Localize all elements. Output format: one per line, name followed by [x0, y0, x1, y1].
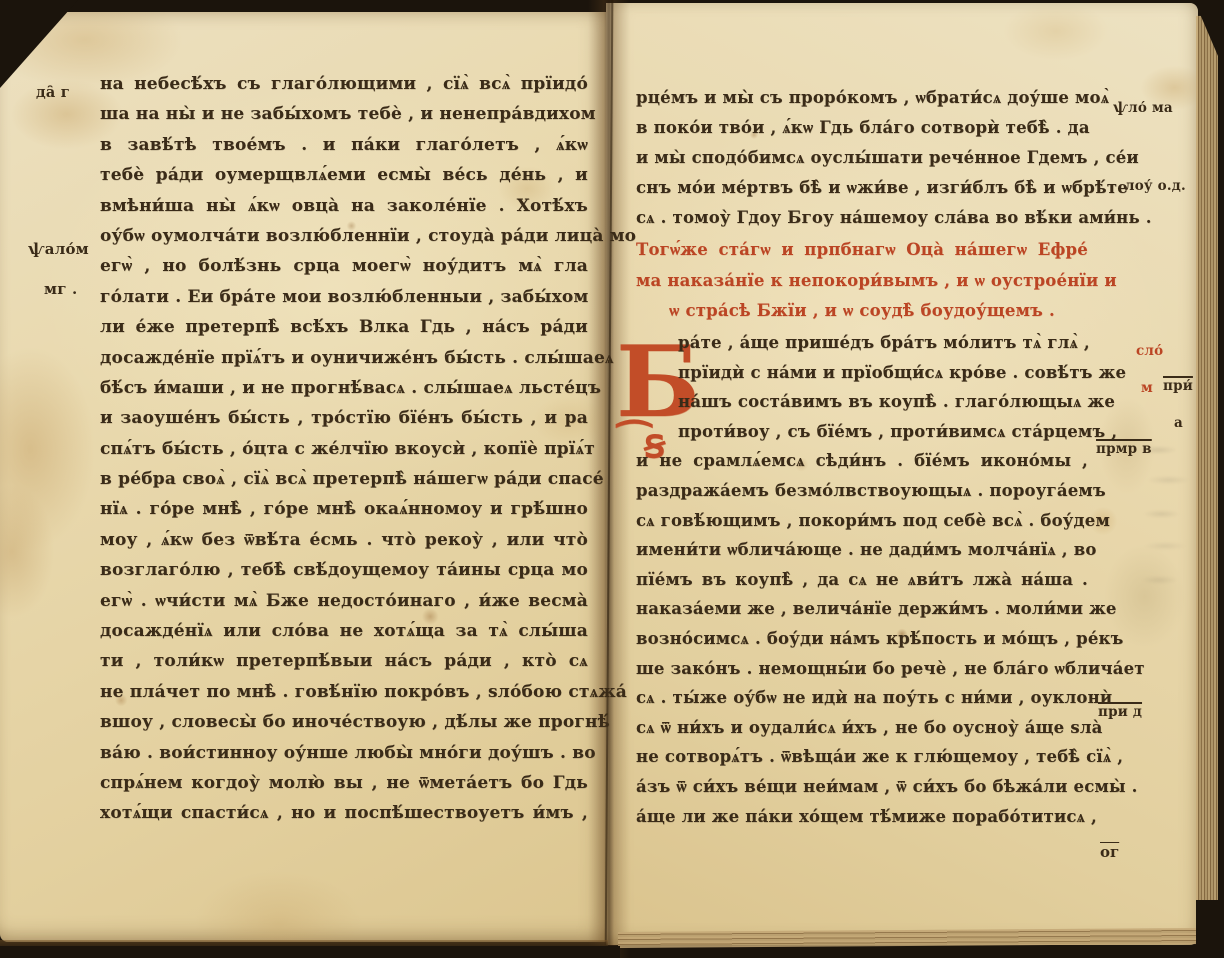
rubric-heading-line: ѡ стра́сѣ Бжїи , и ѡ соудѣ̀ боудоу́щемъ … — [636, 301, 1088, 332]
folio-number: ог — [1100, 843, 1119, 861]
left-text-line: спѧ́тъ бы́сть , о́цта с же́лчїю вкоусѝ ,… — [100, 439, 588, 469]
left-text-line: егѡ̀ , но болѣ́знь срца моегѡ̀ ноу́дитъ … — [100, 256, 588, 286]
margin-note-proverbs-ref: при́ — [1163, 378, 1193, 394]
right-body-line: на́шъ соста́вимъ въ коупѣ̀ . глаго́лющыѧ… — [636, 392, 1088, 422]
left-text-line: не пла́чет по мнѣ̀ . говѣ́нїю покро́въ ,… — [100, 682, 588, 712]
right-body-line: имени́ти ѡблича́юще . не дади́мъ молча́н… — [636, 540, 1088, 570]
left-text-line: хотѧ́щи спасти́сѧ , но и поспѣ́шествоует… — [100, 803, 588, 833]
margin-note-daniel-ref: да̑ г — [36, 84, 70, 101]
right-body-line: проти́воу , съ бїе́мъ , проти́вимсѧ ста́… — [636, 422, 1088, 452]
margin-note-word-number: м — [1141, 380, 1153, 396]
right-body-line: наказа́еми же , велича́нїе держи́мъ . мо… — [636, 599, 1088, 629]
right-body-line: раздража́емъ безмо́лвствоующыѧ . пороуга… — [636, 481, 1088, 511]
margin-note-psalm-number: мг . — [44, 280, 77, 298]
left-text-line: спрѧ́нем когдоу̀ молю̀ вы , не ѿмета́етъ… — [100, 773, 588, 803]
right-body-line: сѧ говѣ́ющимъ , покори́мъ под себѐ всѧ̀ … — [636, 511, 1088, 541]
fore-edge-pages-right — [1196, 16, 1218, 936]
margin-note-proverbs-chapter: а — [1174, 415, 1183, 431]
right-body-line: прїидѝ с на́ми и прїобщи́сѧ кро́ве . сов… — [636, 363, 1088, 393]
left-text-line: ва́ю . вои́стинноу оу́нше любы̀ мно́ги д… — [100, 743, 588, 773]
left-text-line: вмѣни́ша ны̀ ѧ́кѡ овца̀ на заколе́нїе . … — [100, 196, 588, 226]
right-body-line: а́зъ ѿ си́хъ ве́щи неи́мам , ѿ си́хъ бо … — [636, 777, 1088, 807]
left-text-line: нїѧ . го́ре мнѣ̀ , го́ре мнѣ̀ окаѧ́нномо… — [100, 499, 588, 529]
right-body-line: и не срамлѧ́емсѧ сѣди́нъ . бїе́мъ иконо́… — [636, 451, 1088, 481]
left-text-line: ти , толи́кѡ претерпѣ́выи на́съ ра́ди , … — [100, 651, 588, 681]
rubric-heading: Тогѡ́же ста́гѡ и прпбнагѡ Оца̀ на́шегѡ Е… — [636, 240, 1088, 332]
photo-corner-bottom-right — [1196, 900, 1224, 958]
margin-note-proverbs-4: при д — [1098, 704, 1142, 720]
right-body-line: сѧ ѿ ни́хъ и оудали́сѧ и́хъ , не бо оусн… — [636, 718, 1088, 748]
left-text-line: моу , ѧ́кѡ без ѿвѣ́та е́смь . что̀ рекоу… — [100, 530, 588, 560]
left-text-line: оу́бѡ оумолча́ти возлю́бленнїи , стоуда̀… — [100, 226, 588, 256]
right-body-line: возно́симсѧ . боу́ди на́мъ крѣ́пость и м… — [636, 629, 1088, 659]
left-text-line: досажде́нїѧ или сло́ва не хотѧ́ща за тѧ̀… — [100, 621, 588, 651]
left-text-line: бѣ́съ и́маши , и не прогнѣ́васѧ . слы́ша… — [100, 378, 588, 408]
right-intro-line: рце́мъ и мы̀ съ проро́комъ , ѡбрати́сѧ д… — [636, 88, 1088, 118]
right-body-line: не сотворѧ́тъ . ѿвѣща́и же к глю́щемоу ,… — [636, 747, 1088, 777]
left-page-text-block: на небесѣ́хъ съ глаго́лющими , сїѧ̀ всѧ̀… — [100, 74, 588, 834]
left-text-line: тебѐ ра́ди оумерщвлѧ́еми есмы̀ ве́сь де́… — [100, 165, 588, 195]
right-body-line: ше зако́нъ . немощны́и бо речѐ , не бла́… — [636, 659, 1088, 689]
right-body-line: ра́те , а́ще прише́дъ бра́тъ мо́литъ тѧ̀… — [636, 333, 1088, 363]
margin-note-luke-ref: лоу́ о.д. — [1125, 178, 1186, 194]
right-page-intro-block: рце́мъ и мы̀ съ проро́комъ , ѡбрати́сѧ д… — [636, 88, 1088, 238]
margin-note-proverbs-2: прмр в — [1096, 441, 1152, 457]
left-text-line: возглаго́лю , тебѣ̀ свѣ́доущемоу та́ины … — [100, 560, 588, 590]
right-intro-line: и мы̀ сподо́бимсѧ оуслы́шати рече́нное Г… — [636, 148, 1088, 178]
left-text-line: на небесѣ́хъ съ глаго́лющими , сїѧ̀ всѧ̀… — [100, 74, 588, 104]
margin-note-psalm-41: ѱло́ ма — [1113, 100, 1173, 116]
right-intro-line: сѧ . томоу̀ Гдоу Бгоу на́шемоу сла́ва во… — [636, 208, 1088, 238]
photo-corner-bottom-left — [0, 946, 620, 958]
right-intro-line: снъ мо́и ме́ртвъ бѣ̀ и ѡжи́ве , изги́блъ… — [636, 178, 1088, 208]
left-text-line: ли е́же претерпѣ̀ всѣ́хъ Влка Гдь , на́с… — [100, 317, 588, 347]
left-text-line: в завѣ́тѣ твое́мъ . и па́ки глаго́летъ ,… — [100, 135, 588, 165]
left-text-line: егѡ̀ . ѡчи́сти мѧ̀ Бже недосто́инаго , и… — [100, 591, 588, 621]
left-text-line: ша на ны̀ и не забы́хомъ тебѐ , и ненепр… — [100, 104, 588, 134]
left-text-line: досажде́нїе прїѧ́тъ и оуничиже́нъ бы́сть… — [100, 348, 588, 378]
margin-note-psalm-label: ѱало́м — [28, 240, 89, 258]
left-text-line: и заоуше́нъ бы́сть , тро́стїю бїе́нъ бы́… — [100, 408, 588, 438]
right-page-body-block: ра́те , а́ще прише́дъ бра́тъ мо́литъ тѧ̀… — [636, 333, 1088, 836]
bottom-shadow-left — [0, 940, 608, 958]
left-text-line: вшоу , словесы̀ бо иноче́ствоую , дѣ́лы … — [100, 712, 588, 742]
right-body-line: пїе́мъ въ коупѣ̀ , да сѧ не ѧви́тъ лжа̀ … — [636, 570, 1088, 600]
right-body-line: а́ще ли же па́ки хо́щем тѣ́миже порабо́т… — [636, 807, 1088, 837]
right-body-line: сѧ . ты́же оу́бѡ не идѝ на поу́ть с ни́м… — [636, 688, 1088, 718]
right-intro-line: в поко́и тво́и , ѧ́кѡ Гдь бла́го сотворѝ… — [636, 118, 1088, 148]
margin-note-word-label: сло́ — [1136, 343, 1163, 359]
left-text-line: го́лати . Еи бра́те мои возлю́бленныи , … — [100, 287, 588, 317]
rubric-heading-line: ма наказа́нїе к непокори́вымъ , и ѡ оуст… — [636, 271, 1088, 302]
rubric-heading-line: Тогѡ́же ста́гѡ и прпбнагѡ Оца̀ на́шегѡ Е… — [636, 240, 1088, 271]
book-spread-photo: на небесѣ́хъ съ глаго́лющими , сїѧ̀ всѧ̀… — [0, 0, 1224, 958]
left-text-line: в ре́бра своѧ̀ , сїѧ̀ всѧ̀ претерпѣ̀ на́… — [100, 469, 588, 499]
